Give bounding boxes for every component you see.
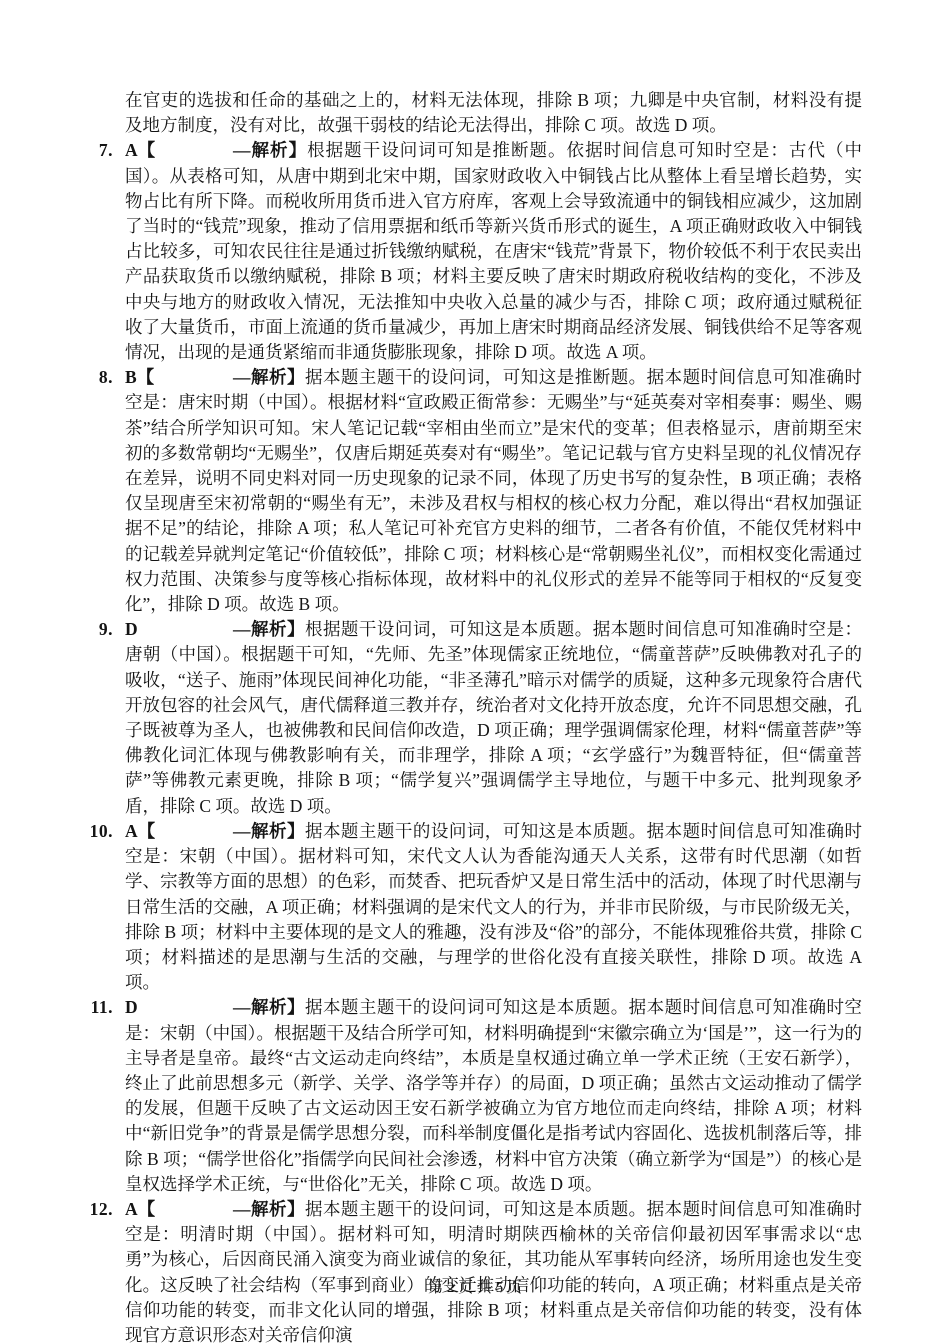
- answer-item-10: 10. A【—解析】据本题主题干的设问词，可知这是本质题。据本题时间信息可知准确…: [125, 819, 862, 995]
- question-number: 12.: [79, 1197, 113, 1222]
- explanation-text: 根据题干设问词可知是推断题。依据时间信息可知时空是：古代（中国）。从表格可知，从…: [125, 140, 862, 362]
- analysis-label: —解析】: [233, 619, 305, 639]
- explanation-text: 根据题干设问词，可知这是本质题。据本题时间信息可知准确时空是：唐朝（中国）。根据…: [125, 619, 862, 815]
- explanation-text: 据本题主题干的设问词可知这是本质题。据本题时间信息可知准确时空是：宋朝（中国）。…: [125, 997, 862, 1193]
- question-number: 11.: [79, 995, 113, 1020]
- question-number: 9.: [79, 617, 113, 642]
- answer-item-8: 8. B【—解析】据本题主题干的设问词，可知这是推断题。据本题时间信息可知准确时…: [125, 365, 862, 617]
- question-number: 7.: [79, 138, 113, 163]
- answer-letter: D: [125, 617, 233, 642]
- answer-letter: D: [125, 995, 233, 1020]
- analysis-label: —解析】: [233, 367, 305, 387]
- explanation-text: 据本题主题干的设问词，可知这是本质题。据本题时间信息可知准确时空是：宋朝（中国）…: [125, 821, 862, 992]
- analysis-label: —解析】: [233, 1199, 305, 1219]
- page-content: 在官吏的选拔和任命的基础之上的，材料无法体现，排除 B 项；九卿是中央官制，材料…: [125, 88, 862, 1344]
- answer-item-12: 12. A【—解析】据本题主题干的设问词，可知这是本质题。据本题时间信息可知准确…: [125, 1197, 862, 1344]
- explanation-text: 据本题主题干的设问词，可知这是推断题。据本题时间信息可知准确时空是：唐宋时期（中…: [125, 367, 862, 614]
- page-footer: 第 2 页 共 5 页: [0, 1276, 950, 1297]
- carryover-paragraph: 在官吏的选拔和任命的基础之上的，材料无法体现，排除 B 项；九卿是中央官制，材料…: [125, 88, 862, 138]
- answer-letter: A【: [125, 138, 233, 163]
- explanation-text: 据本题主题干的设问词，可知这是本质题。据本题时间信息可知准确时空是：明清时期（中…: [125, 1199, 862, 1344]
- analysis-label: —解析】: [233, 821, 305, 841]
- carryover-text: 在官吏的选拔和任命的基础之上的，材料无法体现，排除 B 项；九卿是中央官制，材料…: [125, 90, 862, 135]
- analysis-label: —解析】: [233, 997, 305, 1017]
- question-number: 10.: [79, 819, 113, 844]
- answer-key-page: 在官吏的选拔和任命的基础之上的，材料无法体现，排除 B 项；九卿是中央官制，材料…: [0, 0, 950, 1344]
- analysis-label: —解析】: [233, 140, 307, 160]
- answer-letter: A【: [125, 1197, 233, 1222]
- question-number: 8.: [79, 365, 113, 390]
- answer-item-11: 11. D—解析】据本题主题干的设问词可知这是本质题。据本题时间信息可知准确时空…: [125, 995, 862, 1197]
- answer-letter: B【: [125, 365, 233, 390]
- answer-item-9: 9. D—解析】根据题干设问词，可知这是本质题。据本题时间信息可知准确时空是：唐…: [125, 617, 862, 819]
- answer-item-7: 7. A【—解析】根据题干设问词可知是推断题。依据时间信息可知时空是：古代（中国…: [125, 138, 862, 365]
- answer-letter: A【: [125, 819, 233, 844]
